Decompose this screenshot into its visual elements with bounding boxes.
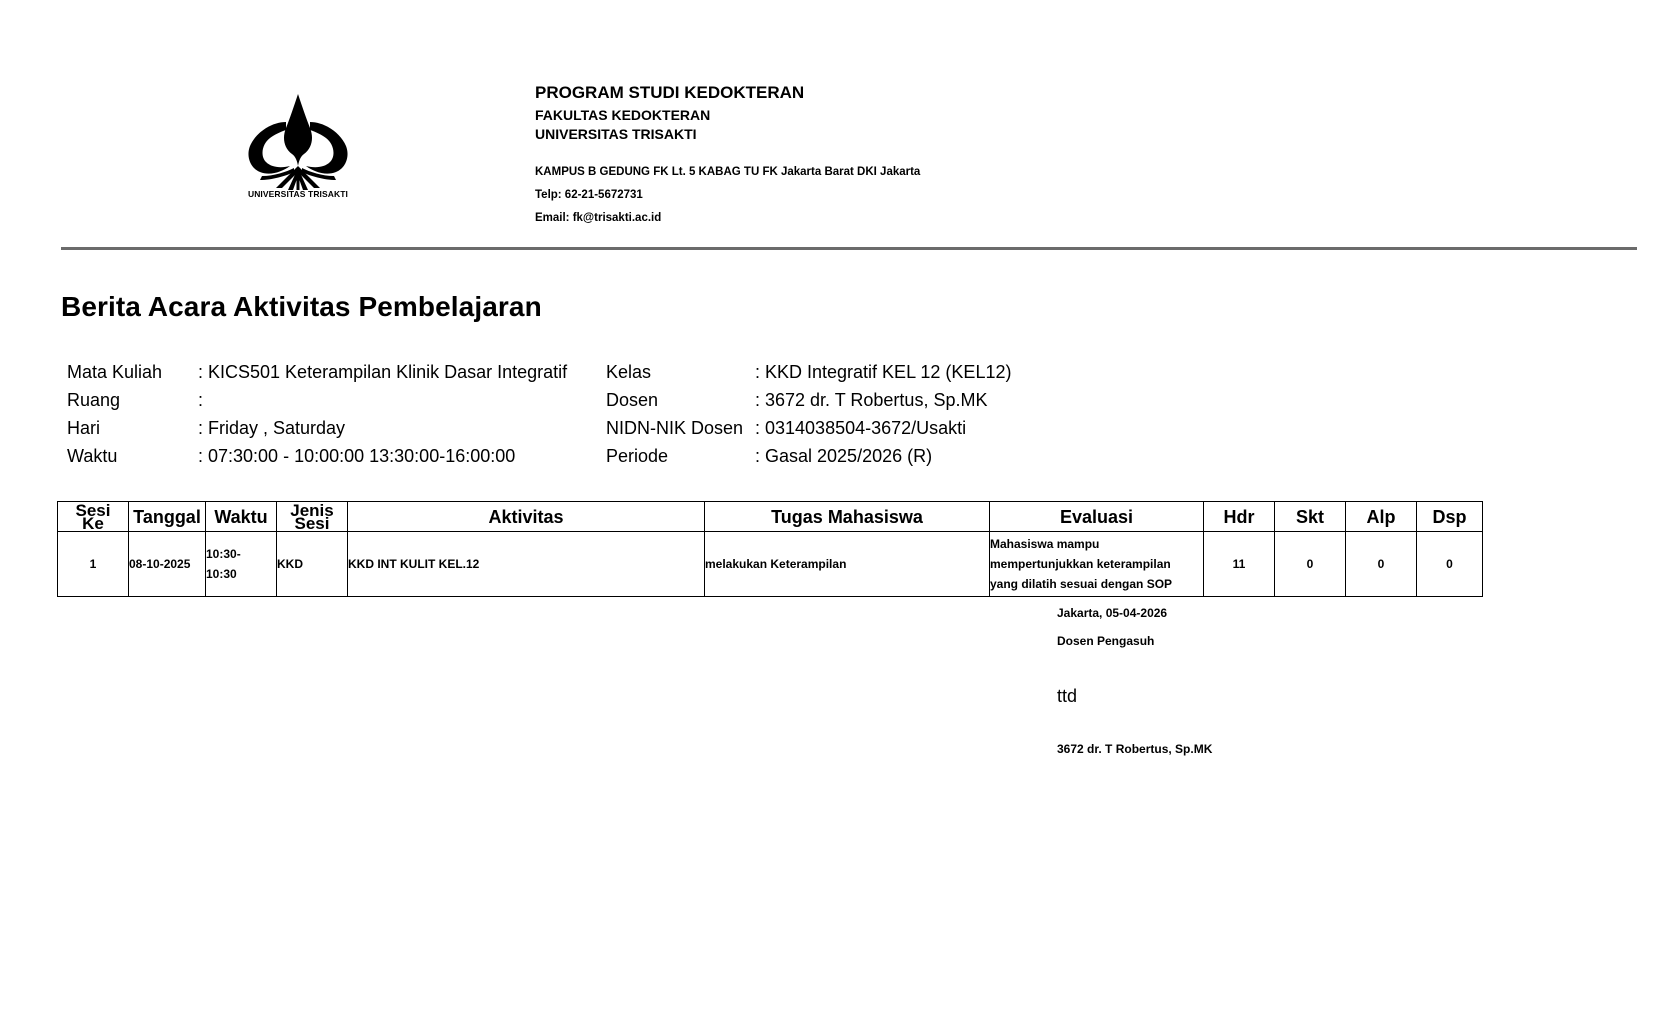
col-skt: Skt xyxy=(1275,502,1346,532)
waktu-start: 10:30- xyxy=(206,544,276,564)
program-name: PROGRAM STUDI KEDOKTERAN xyxy=(535,82,920,103)
info-label: NIDN-NIK Dosen xyxy=(606,414,743,442)
document-title: Berita Acara Aktivitas Pembelajaran xyxy=(61,291,542,323)
info-label: Mata Kuliah xyxy=(67,358,162,386)
logo-caption: UNIVERSITAS TRISAKTI xyxy=(236,189,360,199)
trisakti-emblem-icon xyxy=(236,92,360,192)
cell-sesi-ke: 1 xyxy=(58,532,129,597)
info-label: Waktu xyxy=(67,442,117,470)
header-line: Sesi xyxy=(277,517,347,530)
info-label: Hari xyxy=(67,414,100,442)
info-value: : 07:30:00 - 10:00:00 13:30:00-16:00:00 xyxy=(198,442,515,470)
col-evaluasi: Evaluasi xyxy=(990,502,1204,532)
cell-aktivitas: KKD INT KULIT KEL.12 xyxy=(348,532,705,597)
info-label: Periode xyxy=(606,442,668,470)
header-divider xyxy=(61,247,1637,250)
cell-tugas-mahasiswa: melakukan Keterampilan xyxy=(705,532,990,597)
col-jenis-sesi: Jenis Sesi xyxy=(277,502,348,532)
cell-hdr: 11 xyxy=(1204,532,1275,597)
signature-block: Jakarta, 05-04-2026 Dosen Pengasuh ttd 3… xyxy=(1057,606,1212,756)
header-line: Ke xyxy=(58,517,128,530)
signer-role: Dosen Pengasuh xyxy=(1057,634,1212,648)
table-row: 1 08-10-2025 10:30- 10:30 KKD KKD INT KU… xyxy=(58,532,1483,597)
address: KAMPUS B GEDUNG FK Lt. 5 KABAG TU FK Jak… xyxy=(535,161,920,184)
evaluasi-line: yang dilatih sesuai dengan SOP xyxy=(990,574,1203,594)
col-hdr: Hdr xyxy=(1204,502,1275,532)
info-label: Ruang xyxy=(67,386,120,414)
cell-evaluasi: Mahasiswa mampu mempertunjukkan keteramp… xyxy=(990,532,1204,597)
place-date: Jakarta, 05-04-2026 xyxy=(1057,606,1212,628)
col-sesi-ke: Sesi Ke xyxy=(58,502,129,532)
signer-name: 3672 dr. T Robertus, Sp.MK xyxy=(1057,742,1212,756)
cell-dsp: 0 xyxy=(1417,532,1483,597)
table-header-row: Sesi Ke Tanggal Waktu Jenis Sesi Aktivit… xyxy=(58,502,1483,532)
activity-table: Sesi Ke Tanggal Waktu Jenis Sesi Aktivit… xyxy=(57,501,1483,597)
signature-mark: ttd xyxy=(1057,686,1212,706)
cell-skt: 0 xyxy=(1275,532,1346,597)
institution-header: PROGRAM STUDI KEDOKTERAN FAKULTAS KEDOKT… xyxy=(535,82,920,230)
phone: Telp: 62-21-5672731 xyxy=(535,184,920,207)
info-value: : 0314038504-3672/Usakti xyxy=(755,414,966,442)
info-label: Kelas xyxy=(606,358,651,386)
info-value: : Friday , Saturday xyxy=(198,414,345,442)
university-name: UNIVERSITAS TRISAKTI xyxy=(535,125,920,144)
evaluasi-line: mempertunjukkan keterampilan xyxy=(990,554,1203,574)
col-aktivitas: Aktivitas xyxy=(348,502,705,532)
col-tanggal: Tanggal xyxy=(129,502,206,532)
email: Email: fk@trisakti.ac.id xyxy=(535,207,920,230)
col-dsp: Dsp xyxy=(1417,502,1483,532)
info-value: : KKD Integratif KEL 12 (KEL12) xyxy=(755,358,1011,386)
evaluasi-line: Mahasiswa mampu xyxy=(990,534,1203,554)
university-logo xyxy=(236,92,360,202)
cell-waktu: 10:30- 10:30 xyxy=(206,532,277,597)
info-value: : xyxy=(198,386,203,414)
cell-jenis-sesi: KKD xyxy=(277,532,348,597)
info-value: : KICS501 Keterampilan Klinik Dasar Inte… xyxy=(198,358,567,386)
waktu-end: 10:30 xyxy=(206,564,276,584)
info-value: : 3672 dr. T Robertus, Sp.MK xyxy=(755,386,987,414)
col-waktu: Waktu xyxy=(206,502,277,532)
faculty-name: FAKULTAS KEDOKTERAN xyxy=(535,106,920,125)
col-tugas-mahasiswa: Tugas Mahasiswa xyxy=(705,502,990,532)
cell-tanggal: 08-10-2025 xyxy=(129,532,206,597)
info-label: Dosen xyxy=(606,386,658,414)
info-value: : Gasal 2025/2026 (R) xyxy=(755,442,932,470)
col-alp: Alp xyxy=(1346,502,1417,532)
cell-alp: 0 xyxy=(1346,532,1417,597)
